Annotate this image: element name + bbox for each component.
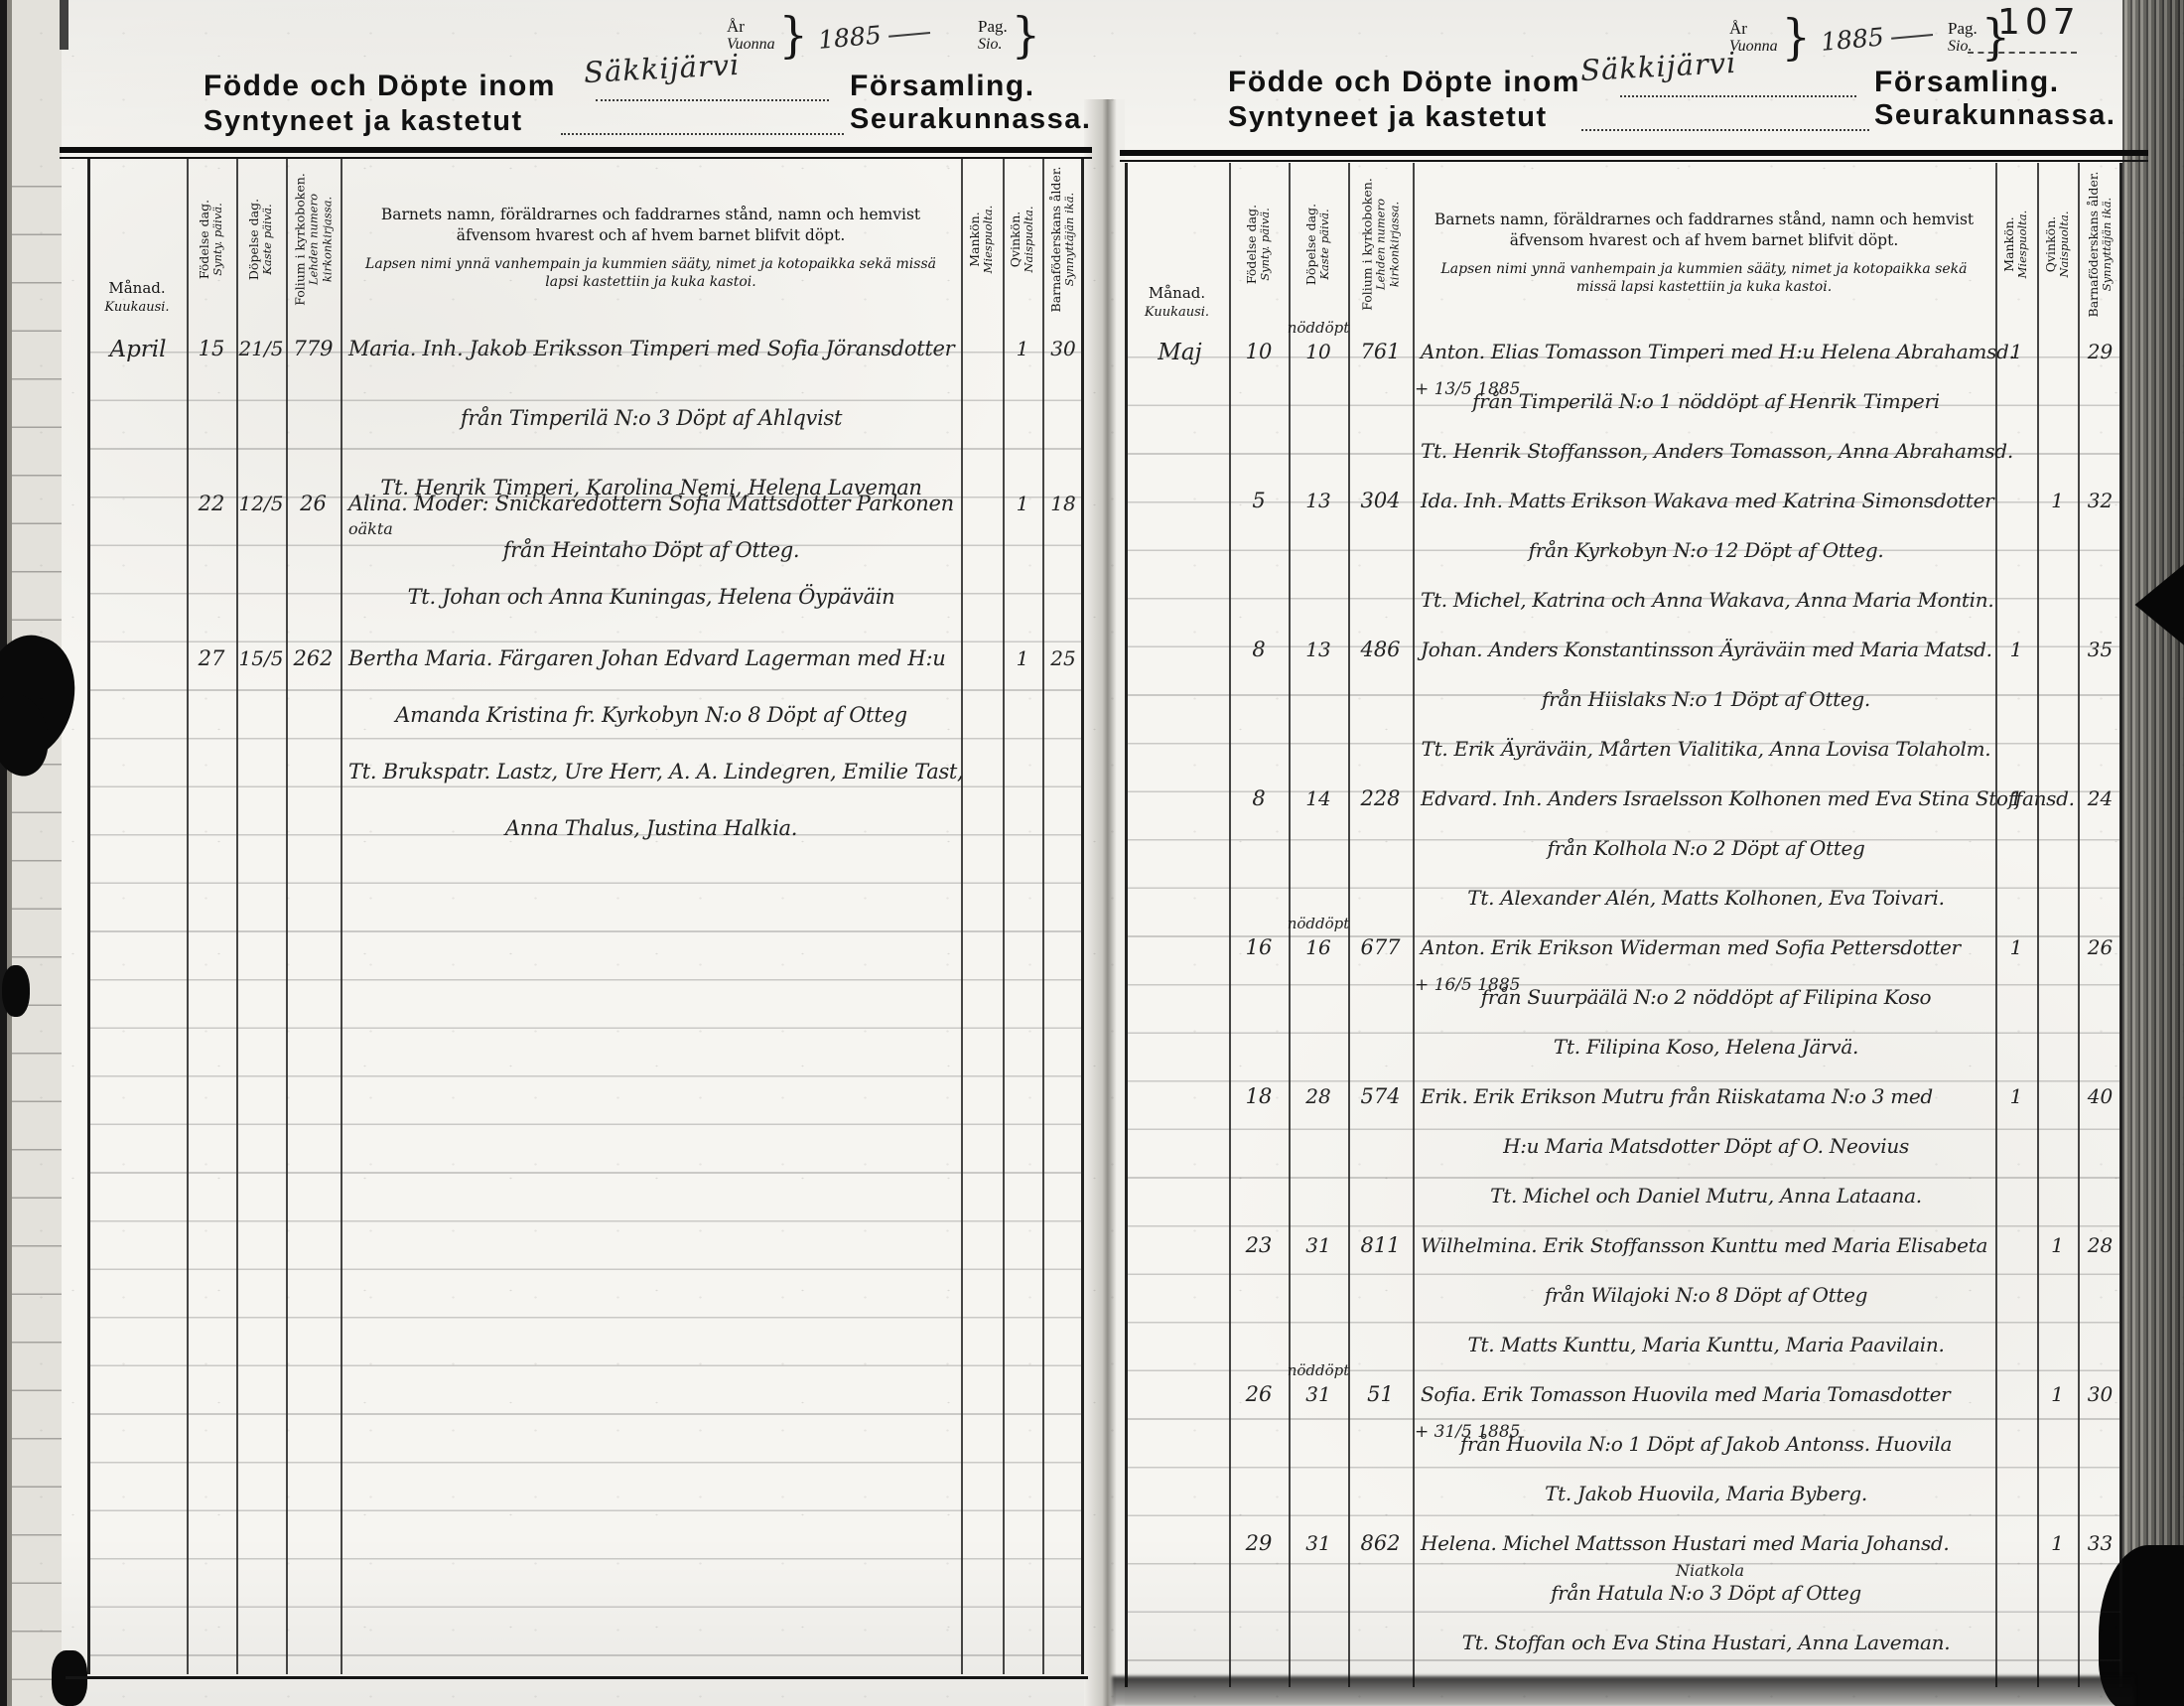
- page-gutter: [1084, 99, 1125, 1706]
- scan-ink-blob: [2, 965, 30, 1017]
- double-rule: [1120, 150, 2148, 156]
- register-entry: 2631nöddöpt51130Sofia. Erik Tomasson Huo…: [1125, 1380, 2122, 1529]
- header-label: Synnyttäjän ikä.: [2101, 160, 2114, 329]
- table-bottom-rule: [66, 1676, 1088, 1679]
- entry-baptism-day: 12/5: [236, 492, 286, 515]
- entry-line: från Hiislaks N:o 1 Döpt af Otteg.: [1125, 685, 2122, 735]
- header-label: Födelse dag.: [1245, 160, 1259, 329]
- entry-line: Tt. Filipina Koso, Helena Järvä.: [1125, 1033, 2122, 1082]
- register-entry: 1828574140Erik. Erik Erikson Mutru från …: [1125, 1082, 2122, 1231]
- title-forsamling-left: Församling.: [850, 70, 1035, 103]
- entry-birth-day: 27: [187, 646, 236, 670]
- entry-birth-day: 16: [1229, 935, 1289, 959]
- entry-text: Anton. Erik Erikson Widerman med Sofia P…: [1421, 935, 1991, 959]
- pag-label-sv: Pag.: [978, 17, 1008, 36]
- right-entries: Maj1010nöddöpt761129Anton. Elias Tomasso…: [1125, 338, 2122, 1678]
- entry-line: från Timperilä N:o 3 Döpt af Ahlqvist: [87, 404, 1084, 474]
- register-entry: 513304132Ida. Inh. Matts Erikson Wakava …: [1125, 487, 2122, 636]
- entry-line: 1828574140Erik. Erik Erikson Mutru från …: [1125, 1082, 2122, 1132]
- baptism-note: nöddöpt: [1281, 319, 1356, 337]
- entry-line: Tt. Johan och Anna Kuningas, Helena Öypä…: [87, 583, 1084, 630]
- entry-baptism-day: 10nöddöpt: [1289, 340, 1348, 363]
- pag-block-left: Pag. Sio. }: [978, 8, 1040, 62]
- entry-baptism-day: 31nöddöpt: [1289, 1382, 1348, 1406]
- column-header-baptism-day: Döpelse dag.Kaste päivä.: [1289, 159, 1348, 330]
- entry-mother-age: 18: [1042, 492, 1084, 515]
- column-header-month: Månad. Kuukausi.: [1125, 159, 1229, 330]
- year-block-right: År Vuonna } 1885: [1729, 10, 1933, 64]
- entry-baptism-day: 28: [1289, 1084, 1348, 1108]
- handwritten-year-right: 1885: [1820, 18, 1934, 57]
- entry-male-mark: 1: [1995, 638, 2037, 661]
- entry-line: från Kolhola N:o 2 Döpt af Otteg: [1125, 834, 2122, 884]
- entry-mother-age: 24: [2078, 786, 2122, 810]
- entry-baptism-day: 13: [1289, 489, 1348, 512]
- entry-line: från Heintaho Döpt af Otteg.: [87, 536, 1084, 583]
- entry-folio: 262: [286, 646, 341, 670]
- scan-bottom-smudge: [1112, 1676, 2134, 1706]
- handwritten-parish-right: Säkkijärvi: [1579, 46, 1737, 87]
- binding-ruled-lines: [12, 139, 62, 1706]
- entry-baptism-day: 21/5: [236, 337, 286, 360]
- entry-line: Tt. Erik Äyräväin, Mårten Vialitika, Ann…: [1125, 735, 2122, 784]
- entry-line: Tt. Henrik Stoffansson, Anders Tomasson,…: [1125, 437, 2122, 487]
- entry-line: 814228124Edvard. Inh. Anders Israelsson …: [1125, 784, 2122, 834]
- entry-month: Maj: [1131, 340, 1229, 365]
- register-entry: 2212/526118oäktaAlina. Moder: Snickaredo…: [87, 490, 1084, 630]
- scanned-register-spread: År Vuonna } 1885 Pag. Sio. } Födde och D…: [0, 0, 2184, 1706]
- entry-line: Tt. Jakob Huovila, Maria Byberg.: [1125, 1480, 2122, 1529]
- entry-birth-day: 10: [1229, 340, 1289, 363]
- entry-line: från Wilajoki N:o 8 Döpt af Otteg: [1125, 1281, 2122, 1331]
- entry-text: Tt. Michel och Daniel Mutru, Anna Lataan…: [1421, 1184, 1991, 1208]
- book-edge-right: [2122, 0, 2184, 1706]
- entry-line: 2631nöddöpt51130Sofia. Erik Tomasson Huo…: [1125, 1380, 2122, 1430]
- entry-folio: 228: [1348, 786, 1413, 810]
- entry-folio: 779: [286, 337, 341, 360]
- entry-text: Amanda Kristina fr. Kyrkobyn N:o 8 Döpt …: [348, 703, 954, 727]
- entry-folio: 677: [1348, 935, 1413, 959]
- entry-baptism-day: 31: [1289, 1233, 1348, 1257]
- entry-female-mark: 1: [2037, 489, 2078, 512]
- entry-birth-day: 26: [1229, 1382, 1289, 1406]
- entry-text: Tt. Alexander Alén, Matts Kolhonen, Eva …: [1421, 886, 1991, 910]
- register-entry: 2715/5262125Bertha Maria. Färgaren Johan…: [87, 644, 1084, 871]
- entry-mother-age: 30: [2078, 1382, 2122, 1406]
- year-label-sv: År: [1729, 19, 1747, 38]
- year-block-left: År Vuonna } 1885: [727, 8, 930, 62]
- entry-folio: 574: [1348, 1084, 1413, 1108]
- entry-male-mark: 1: [1995, 1084, 2037, 1108]
- entry-text: från Timperilä N:o 3 Döpt af Ahlqvist: [348, 406, 954, 430]
- table-header: Månad. Kuukausi. Födelse dag.Synty. päiv…: [1125, 159, 2122, 330]
- year-label-fi: Vuonna: [1729, 38, 1778, 56]
- header-label: Kuukausi.: [1145, 305, 1209, 320]
- header-label: Månad.: [1149, 284, 1205, 302]
- year-label-sv: År: [727, 17, 745, 36]
- entry-text: Ida. Inh. Matts Erikson Wakava med Katri…: [1421, 489, 1991, 512]
- entry-line: Tt. Matts Kunttu, Maria Kunttu, Maria Pa…: [1125, 1331, 2122, 1380]
- entry-text: Tt. Stoffan och Eva Stina Hustari, Anna …: [1421, 1631, 1991, 1654]
- entry-text: Johan. Anders Konstantinsson Äyräväin me…: [1421, 638, 1991, 661]
- handwritten-parish-left: Säkkijärvi: [583, 48, 741, 89]
- entry-line: 2931862133Helena. Michel Mattsson Hustar…: [1125, 1529, 2122, 1579]
- entry-female-mark: 1: [2037, 1382, 2078, 1406]
- entry-text: från Timperilä N:o 1 nöddöpt af Henrik T…: [1421, 389, 1991, 413]
- entry-line: April1521/5779130Maria. Inh. Jakob Eriks…: [87, 335, 1084, 404]
- entry-text: Maria. Inh. Jakob Eriksson Timperi med S…: [348, 337, 954, 360]
- entry-text: Edvard. Inh. Anders Israelsson Kolhonen …: [1421, 786, 1991, 810]
- entry-line: + 16/5 1885från Suurpäälä N:o 2 nöddöpt …: [1125, 983, 2122, 1033]
- baptism-note: nöddöpt: [1281, 915, 1356, 932]
- entry-text: Alina. Moder: Snickaredottern Sofia Matt…: [348, 492, 954, 515]
- brace-glyph: }: [779, 7, 808, 64]
- entry-line: Tt. Alexander Alén, Matts Kolhonen, Eva …: [1125, 884, 2122, 933]
- double-rule: [60, 147, 1092, 153]
- book-binding-left: [0, 0, 62, 1706]
- entry-line: Tt. Brukspatr. Lastz, Ure Herr, A. A. Li…: [87, 758, 1084, 814]
- entry-text: Tt. Matts Kunttu, Maria Kunttu, Maria Pa…: [1421, 1333, 1991, 1356]
- entry-folio: 761: [1348, 340, 1413, 363]
- header-label: Kaste päivä.: [1319, 160, 1332, 329]
- column-header-child-details: Barnets namn, föräldrarnes och faddrarne…: [1413, 159, 1995, 330]
- header-label: Barnets namn, föräldrarnes och faddrarne…: [1433, 210, 1976, 251]
- entry-line: Tt. Stoffan och Eva Stina Hustari, Anna …: [1125, 1629, 2122, 1678]
- title-seurakunnassa-right: Seurakunnassa.: [1874, 99, 2116, 132]
- baptism-note: nöddöpt: [1281, 1361, 1356, 1379]
- register-table-right: Månad. Kuukausi. Födelse dag.Synty. päiv…: [1125, 159, 2122, 1693]
- entry-line: + 31/5 1885från Huovila N:o 1 Döpt af Ja…: [1125, 1430, 2122, 1480]
- entry-line: 2212/526118oäktaAlina. Moder: Snickaredo…: [87, 490, 1084, 536]
- entry-line: Tt. Michel, Katrina och Anna Wakava, Ann…: [1125, 586, 2122, 636]
- entry-baptism-day: 15/5: [236, 646, 286, 670]
- entry-baptism-day: 13: [1289, 638, 1348, 661]
- entry-text: Tt. Johan och Anna Kuningas, Helena Öypä…: [348, 585, 954, 609]
- column-header-mother-age: Barnaföderskans ålder.Synnyttäjän ikä.: [2078, 159, 2122, 330]
- header-label: Lehden numero kirkonkirjassa.: [1374, 160, 1400, 329]
- entry-text: från Hiislaks N:o 1 Döpt af Otteg.: [1421, 687, 1991, 711]
- entry-baptism-day: 31: [1289, 1531, 1348, 1555]
- entry-folio: 304: [1348, 489, 1413, 512]
- entry-male-mark: 1: [1995, 935, 2037, 959]
- header-label: Miespuolta.: [2017, 160, 2030, 329]
- entry-folio: 26: [286, 492, 341, 515]
- register-entry: Maj1010nöddöpt761129Anton. Elias Tomasso…: [1125, 338, 2122, 487]
- entry-line: från Kyrkobyn N:o 12 Döpt af Otteg.: [1125, 536, 2122, 586]
- entry-text: H:u Maria Matsdotter Döpt af O. Neovius: [1421, 1134, 1991, 1158]
- entry-text: Anton. Elias Tomasson Timperi med H:u He…: [1421, 340, 1991, 363]
- entry-line: 2331811128Wilhelmina. Erik Stoffansson K…: [1125, 1231, 2122, 1281]
- entry-text: Tt. Erik Äyräväin, Mårten Vialitika, Ann…: [1421, 737, 1991, 761]
- entry-line: 513304132Ida. Inh. Matts Erikson Wakava …: [1125, 487, 2122, 536]
- header-label: Mankön.: [2002, 160, 2016, 329]
- entry-female-mark: 1: [2037, 1233, 2078, 1257]
- header-label: Döpelse dag.: [1304, 160, 1318, 329]
- entry-text: Erik. Erik Erikson Mutru från Riiskatama…: [1421, 1084, 1991, 1108]
- register-entry: 813486135Johan. Anders Konstantinsson Äy…: [1125, 636, 2122, 784]
- title-forsamling-right: Församling.: [1874, 66, 2060, 99]
- handwritten-year-left: 1885: [817, 16, 931, 55]
- left-entries: April1521/5779130Maria. Inh. Jakob Eriks…: [87, 154, 1084, 1680]
- header-label: Folium i kyrkoboken.: [1360, 160, 1374, 329]
- register-entry: 1616nöddöpt677126Anton. Erik Erikson Wid…: [1125, 933, 2122, 1082]
- entry-text: Bertha Maria. Färgaren Johan Edvard Lage…: [348, 646, 954, 670]
- entry-line: 1616nöddöpt677126Anton. Erik Erikson Wid…: [1125, 933, 2122, 983]
- entry-text: Sofia. Erik Tomasson Huovila med Maria T…: [1421, 1382, 1991, 1406]
- register-table-left: Månad. Kuukausi. Födelse dag.Synty. päiv…: [87, 154, 1084, 1680]
- entry-female-mark: 1: [2037, 1531, 2078, 1555]
- pag-label-fi: Sio.: [978, 36, 1002, 54]
- entry-line: Maj1010nöddöpt761129Anton. Elias Tomasso…: [1125, 338, 2122, 387]
- page-number: 107: [1997, 2, 2081, 43]
- register-entry: 2331811128Wilhelmina. Erik Stoffansson K…: [1125, 1231, 2122, 1380]
- scan-edge-mark: [60, 0, 68, 50]
- entry-month: April: [91, 337, 185, 362]
- column-header-male: Mankön.Miespuolta.: [1995, 159, 2037, 330]
- entry-text: från Suurpäälä N:o 2 nöddöpt af Filipina…: [1421, 985, 1991, 1009]
- blank-line: [1581, 129, 1869, 131]
- entry-mother-age: 32: [2078, 489, 2122, 512]
- entry-birth-day: 23: [1229, 1233, 1289, 1257]
- brace-glyph: }: [1782, 9, 1811, 66]
- title-swedish-left: Födde och Döpte inom: [204, 70, 556, 103]
- entry-mother-age: 33: [2078, 1531, 2122, 1555]
- entry-line: Niatkolafrån Hatula N:o 3 Döpt af Otteg: [1125, 1579, 2122, 1629]
- entry-line: Anna Thalus, Justina Halkia.: [87, 814, 1084, 871]
- entry-text: Tt. Jakob Huovila, Maria Byberg.: [1421, 1482, 1991, 1505]
- entry-mother-age: 26: [2078, 935, 2122, 959]
- title-finnish-right: Syntyneet ja kastetut: [1228, 101, 1548, 134]
- entry-text: från Hatula N:o 3 Döpt af Otteg: [1421, 1581, 1991, 1605]
- entry-folio: 51: [1348, 1382, 1413, 1406]
- header-label: Qvinkön.: [2044, 160, 2058, 329]
- entry-text: Tt. Brukspatr. Lastz, Ure Herr, A. A. Li…: [348, 760, 954, 783]
- entry-female-mark: 1: [1003, 646, 1042, 670]
- entry-text: Tt. Michel, Katrina och Anna Wakava, Ann…: [1421, 588, 1991, 612]
- entry-folio: 862: [1348, 1531, 1413, 1555]
- entry-line: 813486135Johan. Anders Konstantinsson Äy…: [1125, 636, 2122, 685]
- entry-mother-age: 40: [2078, 1084, 2122, 1108]
- header-label: Naispuolta.: [2058, 160, 2071, 329]
- entry-line: H:u Maria Matsdotter Döpt af O. Neovius: [1125, 1132, 2122, 1182]
- pag-label-sv: Pag.: [1948, 19, 1978, 38]
- entry-folio: 811: [1348, 1233, 1413, 1257]
- entry-text: från Wilajoki N:o 8 Döpt af Otteg: [1421, 1283, 1991, 1307]
- entry-mother-age: 25: [1042, 646, 1084, 670]
- entry-birth-day: 15: [187, 337, 236, 360]
- column-header-folio: Folium i kyrkoboken.Lehden numero kirkon…: [1348, 159, 1413, 330]
- entry-line: 2715/5262125Bertha Maria. Färgaren Johan…: [87, 644, 1084, 701]
- entry-birth-day: 8: [1229, 638, 1289, 661]
- entry-text: från Huovila N:o 1 Döpt af Jakob Antonss…: [1421, 1432, 1991, 1456]
- entry-mother-age: 35: [2078, 638, 2122, 661]
- blank-line: [596, 99, 829, 101]
- insert-note: Niatkola: [1676, 1561, 1744, 1580]
- entry-mother-age: 29: [2078, 340, 2122, 363]
- entry-birth-day: 22: [187, 492, 236, 515]
- register-entry: 2931862133Helena. Michel Mattsson Hustar…: [1125, 1529, 2122, 1678]
- brace-glyph: }: [1012, 7, 1040, 64]
- entry-birth-day: 18: [1229, 1084, 1289, 1108]
- entry-folio: 486: [1348, 638, 1413, 661]
- blank-line: [1620, 95, 1856, 97]
- entry-text: Tt. Henrik Stoffansson, Anders Tomasson,…: [1421, 439, 1991, 463]
- header-label: Barnaföderskans ålder.: [2087, 160, 2101, 329]
- entry-female-mark: 1: [1003, 337, 1042, 360]
- entry-baptism-day: 14: [1289, 786, 1348, 810]
- entry-text: från Heintaho Döpt af Otteg.: [348, 538, 954, 562]
- entry-text: från Kyrkobyn N:o 12 Döpt af Otteg.: [1421, 538, 1991, 562]
- blank-line: [561, 133, 844, 135]
- entry-text: från Kolhola N:o 2 Döpt af Otteg: [1421, 836, 1991, 860]
- page-number-line: [1968, 52, 2077, 54]
- entry-mother-age: 28: [2078, 1233, 2122, 1257]
- title-finnish-left: Syntyneet ja kastetut: [204, 105, 523, 138]
- column-header-birth-day: Födelse dag.Synty. päivä.: [1229, 159, 1289, 330]
- entry-text: Helena. Michel Mattsson Hustari med Mari…: [1421, 1531, 1991, 1555]
- entry-line: + 13/5 1885från Timperilä N:o 1 nöddöpt …: [1125, 387, 2122, 437]
- entry-mother-age: 30: [1042, 337, 1084, 360]
- entry-birth-day: 29: [1229, 1531, 1289, 1555]
- entry-baptism-day: 16nöddöpt: [1289, 935, 1348, 959]
- entry-text: Anna Thalus, Justina Halkia.: [348, 816, 954, 840]
- entry-birth-day: 5: [1229, 489, 1289, 512]
- entry-text: Tt. Filipina Koso, Helena Järvä.: [1421, 1035, 1991, 1059]
- entry-line: Amanda Kristina fr. Kyrkobyn N:o 8 Döpt …: [87, 701, 1084, 758]
- header-label: Lapsen nimi ynnä vanhempain ja kummien s…: [1433, 260, 1976, 296]
- register-entry: 814228124Edvard. Inh. Anders Israelsson …: [1125, 784, 2122, 933]
- entry-female-mark: 1: [1003, 492, 1042, 515]
- title-seurakunnassa-left: Seurakunnassa.: [850, 103, 1091, 136]
- header-label: Synty. päivä.: [1260, 160, 1273, 329]
- entry-birth-day: 8: [1229, 786, 1289, 810]
- entry-line: Tt. Michel och Daniel Mutru, Anna Lataan…: [1125, 1182, 2122, 1231]
- entry-text: Wilhelmina. Erik Stoffansson Kunttu med …: [1421, 1233, 1991, 1257]
- column-header-female: Qvinkön.Naispuolta.: [2037, 159, 2078, 330]
- title-swedish-right: Födde och Döpte inom: [1228, 66, 1580, 99]
